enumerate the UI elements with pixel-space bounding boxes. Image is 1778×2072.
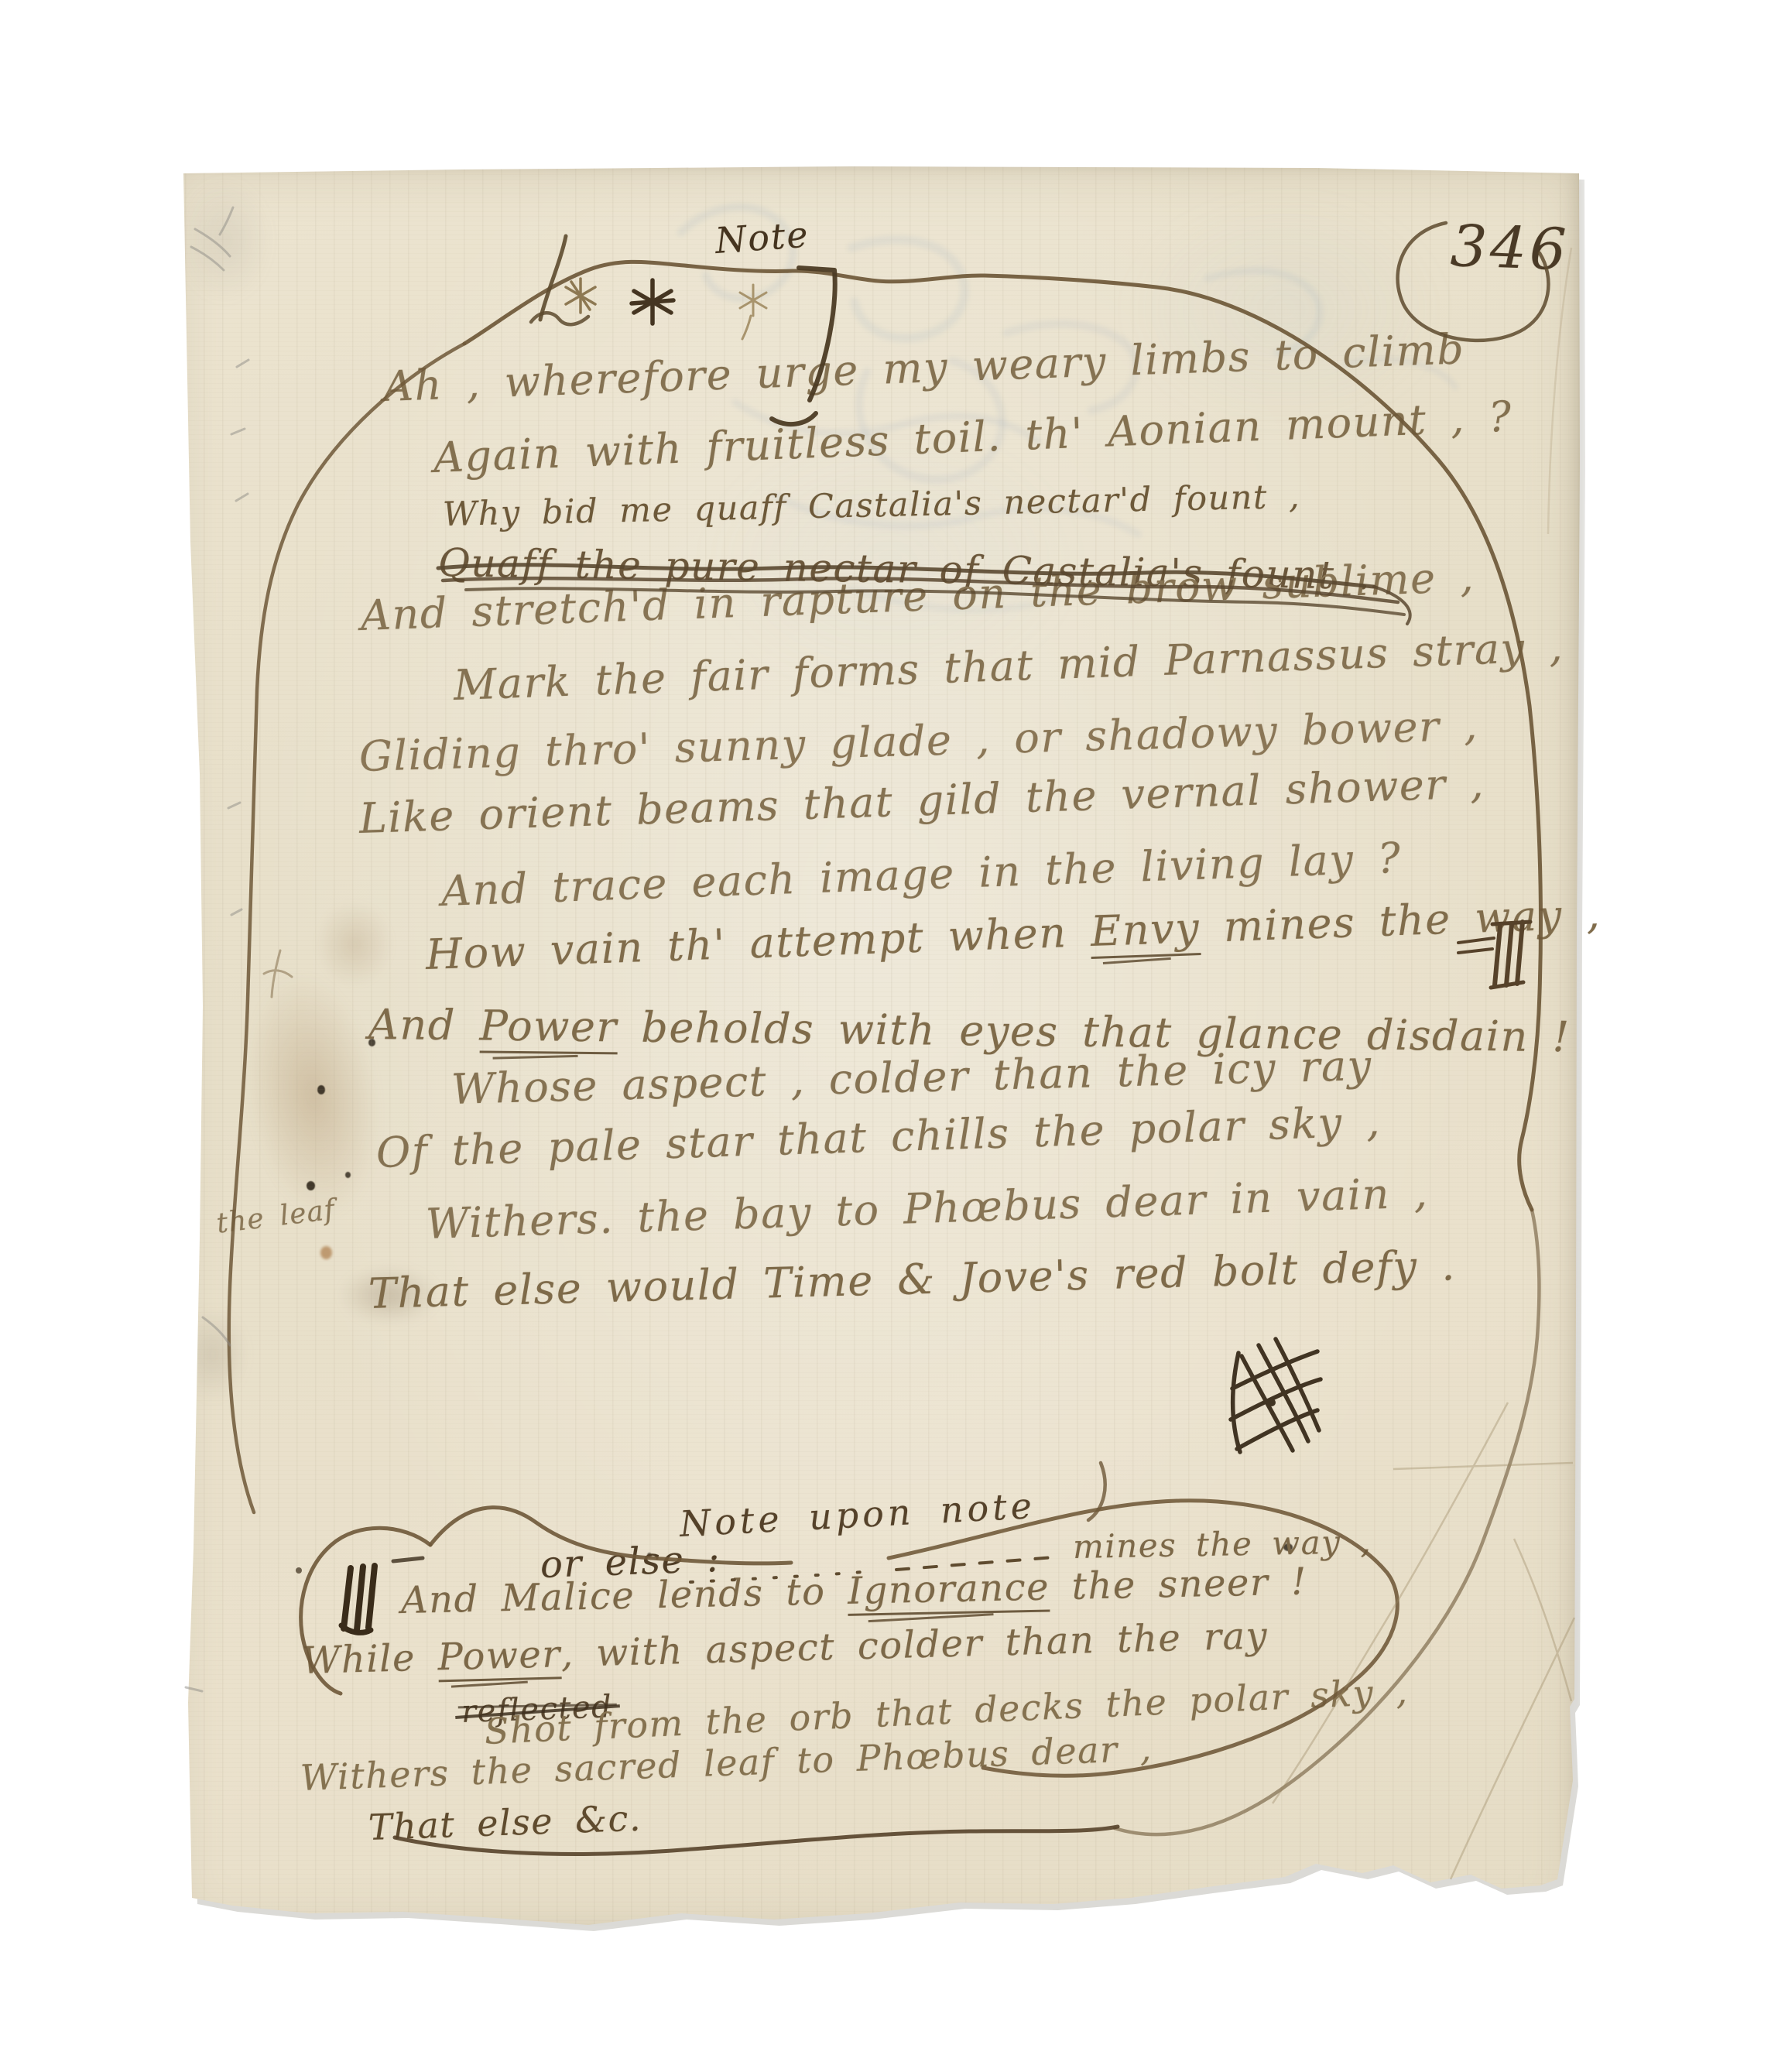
underlined-word: Ignorance — [848, 1565, 1050, 1615]
poem-line-13: Withers. the bay to Phœbus dear in vain … — [425, 1170, 1429, 1247]
text-run: Mark the fair forms that mid Parnassus s… — [453, 622, 1564, 710]
text-run: That else would Time & Jove's red bolt d… — [368, 1241, 1456, 1318]
text-run: While — [301, 1635, 438, 1683]
note-upon-note-label: Note upon note — [679, 1486, 1036, 1544]
underlined-word: Power — [437, 1632, 562, 1682]
underlined-word: Envy — [1090, 903, 1201, 959]
text-run: mines the way , — [1199, 889, 1602, 952]
revision-line-1: And Malice lends to Ignorance the sneer … — [400, 1561, 1307, 1621]
text-run: mines the way , — [1073, 1522, 1372, 1566]
margin-note-leaf: the leaf — [215, 1194, 337, 1239]
poem-line-2: Again with fruitless toil. th' Aonian mo… — [433, 393, 1513, 481]
page-number: 346 — [1450, 215, 1571, 283]
poem-line-14: That else would Time & Jove's red bolt d… — [368, 1242, 1456, 1317]
text-run: Ah , wherefore urge my weary limbs to cl… — [382, 324, 1465, 411]
poem-line-5: Mark the fair forms that mid Parnassus s… — [453, 624, 1564, 708]
text-run: And — [368, 1000, 480, 1050]
text-run: Note — [714, 214, 810, 262]
revision-line-0: mines the way , — [1073, 1524, 1372, 1565]
poem-line-2-inserted: Why bid me quaff Castalia's nectar'd fou… — [443, 479, 1301, 533]
text-run: And Malice lends to — [400, 1570, 848, 1622]
underlined-word: Power — [479, 1002, 618, 1055]
handwriting-layer: 346NoteAh , wherefore urge my weary limb… — [0, 0, 1778, 2072]
text-run: Withers. the bay to Phœbus dear in vain … — [425, 1168, 1429, 1248]
revision-line-5: That else &c. — [368, 1799, 642, 1848]
text-run: How vain th' attempt when — [425, 907, 1091, 979]
revision-line-2: While Power, with aspect colder than the… — [301, 1615, 1269, 1681]
text-run: , with aspect colder than the ray — [560, 1614, 1269, 1676]
manuscript-scan: 346NoteAh , wherefore urge my weary limb… — [0, 0, 1778, 2072]
note-label: Note — [714, 215, 810, 261]
text-run: the sneer ! — [1049, 1560, 1307, 1608]
text-run: That else &c. — [368, 1797, 642, 1848]
text-run: Note upon note — [679, 1485, 1037, 1545]
poem-line-1: Ah , wherefore urge my weary limbs to cl… — [382, 326, 1465, 409]
text-run: Again with fruitless toil. th' Aonian mo… — [433, 392, 1513, 481]
text-run: 346 — [1450, 213, 1571, 283]
text-run: the leaf — [214, 1194, 337, 1239]
text-run: Why bid me quaff Castalia's nectar'd fou… — [442, 478, 1300, 534]
